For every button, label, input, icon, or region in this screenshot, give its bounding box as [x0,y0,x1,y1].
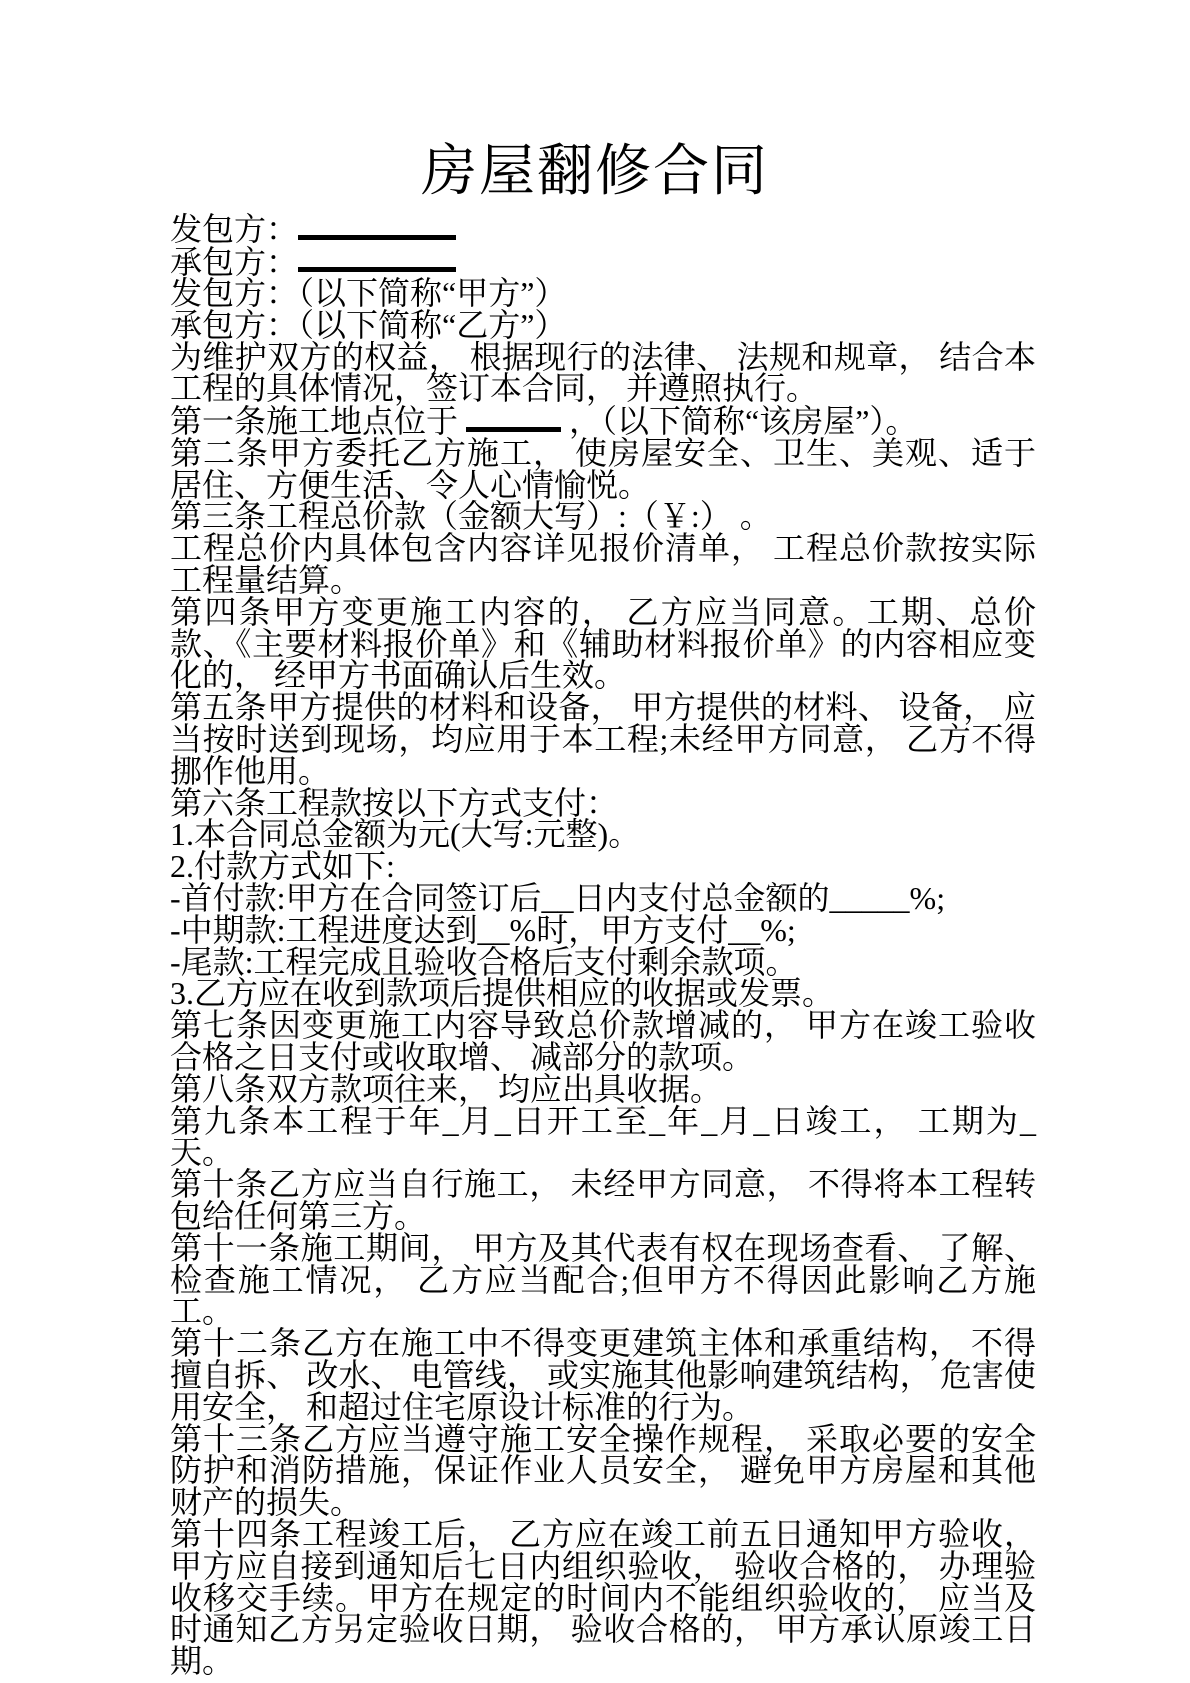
clause-4-changes: 第四条甲方变更施工内容的， 乙方应当同意。工期、总价款、《主要材料报价单》和《辅… [170,597,1036,692]
document-title: 房屋翻修合同 [0,142,1190,204]
text-run: 第七条因变更施工内容导致总价款增减的， 甲方在竣工验收合格之日支付或收取增、 减… [170,1007,1036,1075]
fill-in-blank-underline [466,405,561,432]
text-run: 第二条甲方委托乙方施工， 使房屋安全、卫生、美观、适于居住、方便生活、令人心情愉… [170,435,1036,503]
text-run: 第十二条乙方在施工中不得变更建筑主体和承重结构， 不得擅自拆、 改水、 电管线，… [170,1325,1036,1425]
text-run: 为维护双方的权益， 根据现行的法律、 法规和规章， 结合本工程的具体情况，签订本… [170,339,1036,407]
text-run: 1.本合同总金额为元(大写:元整)。 [170,816,640,852]
clause-6-mid-payment: -中期款:工程进度达到__%时，甲方支付__%; [170,915,1036,947]
party-a-alias-line: 发包方：（以下简称“甲方”） [170,278,1036,310]
clause-14-acceptance: 第十四条工程竣工后， 乙方应在竣工前五日通知甲方验收， 甲方应自接到通知后七日内… [170,1519,1036,1678]
text-run: 第三条工程总价款（金额大写）:（￥:） 。 [170,498,772,534]
text-run: 第九条本工程于年_月_日开工至_年_月_日竣工， 工期为_天。 [170,1103,1036,1171]
text-run: -尾款:工程完成且验收合格后支付剩余款项。 [170,944,798,980]
text-run: -首付款:甲方在合同签订后__日内支付总金额的_____%; [170,880,945,916]
party-a-blank-line: 发包方： [170,213,1036,246]
clause-6-item-3-receipt: 3.乙方应在收到款项后提供相应的收据或发票。 [170,978,1036,1010]
text-run: 3.乙方应在收到款项后提供相应的收据或发票。 [170,975,834,1011]
text-run: 发包方：（以下简称“甲方”） [170,275,566,311]
text-run: 第十条乙方应当自行施工， 未经甲方同意， 不得将本工程转包给任何第三方。 [170,1166,1036,1234]
text-run: 第六条工程款按以下方式支付： [170,785,618,821]
clause-5-materials: 第五条甲方提供的材料和设备， 甲方提供的材料、 设备， 应当按时送到现场，均应用… [170,692,1036,787]
preamble: 为维护双方的权益， 根据现行的法律、 法规和规章， 结合本工程的具体情况，签订本… [170,342,1036,406]
text-run: 2.付款方式如下: [170,848,395,884]
clause-1-location: 第一条施工地点位于 ，（以下简称“该房屋”）。 [170,405,1036,438]
text-run: ，（以下简称“该房屋”）。 [561,403,917,439]
text-run: 第四条甲方变更施工内容的， 乙方应当同意。工期、总价款、《主要材料报价单》和《辅… [170,594,1036,694]
contract-body: 发包方：承包方：发包方：（以下简称“甲方”）承包方：（以下简称“乙方”）为维护双… [170,213,1036,1678]
text-run: 第八条双方款项往来， 均应出具收据。 [170,1071,722,1107]
text-run: 第十一条施工期间， 甲方及其代表有权在现场查看、 了解、 检查施工情况， 乙方应… [170,1230,1036,1330]
text-run: 发包方： [170,211,298,247]
text-run: 承包方： [170,243,298,279]
clause-9-schedule: 第九条本工程于年_月_日开工至_年_月_日竣工， 工期为_天。 [170,1106,1036,1170]
text-run: 工程总价内具体包含内容详见报价清单， 工程总价款按实际工程量结算。 [170,530,1036,598]
text-run: -中期款:工程进度达到__%时，甲方支付__%; [170,912,796,948]
clause-6-down-payment: -首付款:甲方在合同签订后__日内支付总金额的_____%; [170,883,1036,915]
clause-7-price-adjustment: 第七条因变更施工内容导致总价款增减的， 甲方在竣工验收合格之日支付或收取增、 减… [170,1010,1036,1074]
clause-6-final-payment: -尾款:工程完成且验收合格后支付剩余款项。 [170,947,1036,979]
clause-13-safety: 第十三条乙方应当遵守施工安全操作规程， 采取必要的安全防护和消防措施，保证作业人… [170,1424,1036,1519]
text-run: 第十四条工程竣工后， 乙方应在竣工前五日通知甲方验收， 甲方应自接到通知后七日内… [170,1516,1036,1679]
clause-3-price-note: 工程总价内具体包含内容详见报价清单， 工程总价款按实际工程量结算。 [170,533,1036,597]
clause-10-no-subcontract: 第十条乙方应当自行施工， 未经甲方同意， 不得将本工程转包给任何第三方。 [170,1169,1036,1233]
party-b-blank-line: 承包方： [170,246,1036,279]
clause-12-structure: 第十二条乙方在施工中不得变更建筑主体和承重结构， 不得擅自拆、 改水、 电管线，… [170,1328,1036,1423]
clause-11-inspection: 第十一条施工期间， 甲方及其代表有权在现场查看、 了解、 检查施工情况， 乙方应… [170,1233,1036,1328]
clause-6-item-1-total: 1.本合同总金额为元(大写:元整)。 [170,819,1036,851]
clause-2-commission: 第二条甲方委托乙方施工， 使房屋安全、卫生、美观、适于居住、方便生活、令人心情愉… [170,438,1036,502]
clause-6-item-2-methods: 2.付款方式如下: [170,851,1036,883]
clause-8-receipts: 第八条双方款项往来， 均应出具收据。 [170,1074,1036,1106]
clause-3-total-price: 第三条工程总价款（金额大写）:（￥:） 。 [170,501,1036,533]
text-run: 第十三条乙方应当遵守施工安全操作规程， 采取必要的安全防护和消防措施，保证作业人… [170,1421,1036,1521]
contract-page: 房屋翻修合同 发包方：承包方：发包方：（以下简称“甲方”）承包方：（以下简称“乙… [0,0,1190,1683]
text-run: 承包方：（以下简称“乙方”） [170,307,566,343]
clause-6-payment-heading: 第六条工程款按以下方式支付： [170,788,1036,820]
party-b-alias-line: 承包方：（以下简称“乙方”） [170,310,1036,342]
text-run: 第一条施工地点位于 [170,403,466,439]
text-run: 第五条甲方提供的材料和设备， 甲方提供的材料、 设备， 应当按时送到现场，均应用… [170,689,1036,789]
fill-in-blank-underline [298,213,456,240]
fill-in-blank-underline [298,246,456,273]
